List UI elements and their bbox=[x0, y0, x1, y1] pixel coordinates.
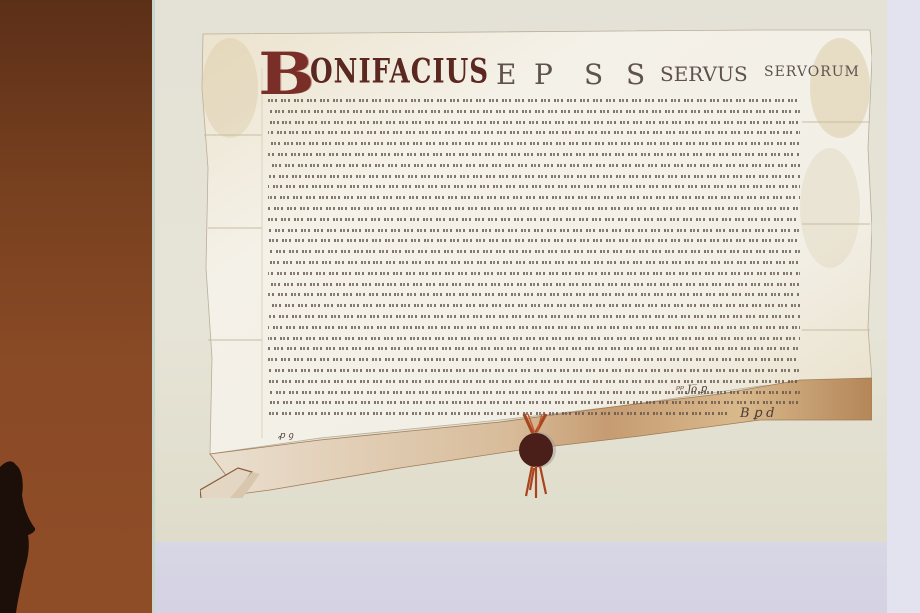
manuscript-text-line bbox=[268, 118, 800, 128]
heading-word-1: E bbox=[496, 58, 516, 91]
manuscript-text-line bbox=[268, 204, 800, 214]
manuscript-text-line bbox=[268, 107, 800, 117]
manuscript-text-line bbox=[268, 215, 800, 225]
heading-word-2: P bbox=[534, 58, 553, 91]
manuscript-text-line bbox=[268, 323, 800, 333]
heading-word-5: SERVUS bbox=[660, 62, 748, 86]
screen-right-margin bbox=[887, 0, 920, 613]
manuscript-text-line bbox=[268, 193, 800, 203]
manuscript-text-line bbox=[268, 139, 800, 149]
manuscript-text-line bbox=[268, 172, 800, 182]
manuscript-text-line bbox=[268, 247, 800, 257]
heading-word-4: S bbox=[626, 58, 645, 91]
manuscript-text-line bbox=[268, 269, 800, 279]
person-shadow-silhouette bbox=[0, 455, 70, 613]
manuscript-text-line bbox=[268, 388, 800, 398]
manuscript-text-line bbox=[268, 96, 800, 106]
manuscript-text-line bbox=[268, 226, 800, 236]
manuscript-text-line bbox=[268, 280, 800, 290]
plica-note-bottom: B ꝑ d bbox=[740, 406, 774, 421]
heading-name: ONIFACIUS bbox=[310, 53, 489, 92]
manuscript-text-line bbox=[268, 366, 800, 376]
manuscript-text-line bbox=[268, 258, 800, 268]
manuscript-text-line bbox=[268, 236, 800, 246]
heading-word-3: S bbox=[584, 58, 603, 91]
manuscript-text-line bbox=[268, 301, 800, 311]
manuscript-text-line bbox=[268, 344, 800, 354]
lead-seal-with-cord bbox=[508, 412, 564, 502]
plica-note-top: ᵖᵖ Jo̅ ꝑ bbox=[676, 383, 707, 395]
margin-note: ꝓ ꝯ bbox=[278, 428, 293, 441]
manuscript-text-line bbox=[268, 334, 800, 344]
manuscript-text-line bbox=[268, 182, 800, 192]
manuscript-text-line bbox=[268, 398, 800, 408]
manuscript-text-line bbox=[268, 161, 800, 171]
manuscript-text-line bbox=[268, 377, 800, 387]
manuscript-text-line bbox=[268, 150, 800, 160]
heading-word-6: SERVORUM bbox=[764, 64, 860, 80]
manuscript-text-line bbox=[268, 290, 800, 300]
papal-bull-document: BONIFACIUS E P S S SERVUS SERVORUM ᵖᵖ Jo… bbox=[200, 28, 872, 458]
manuscript-text-line bbox=[268, 312, 800, 322]
manuscript-text-line bbox=[268, 355, 800, 365]
manuscript-text-line bbox=[268, 128, 800, 138]
document-body-text bbox=[268, 96, 800, 420]
